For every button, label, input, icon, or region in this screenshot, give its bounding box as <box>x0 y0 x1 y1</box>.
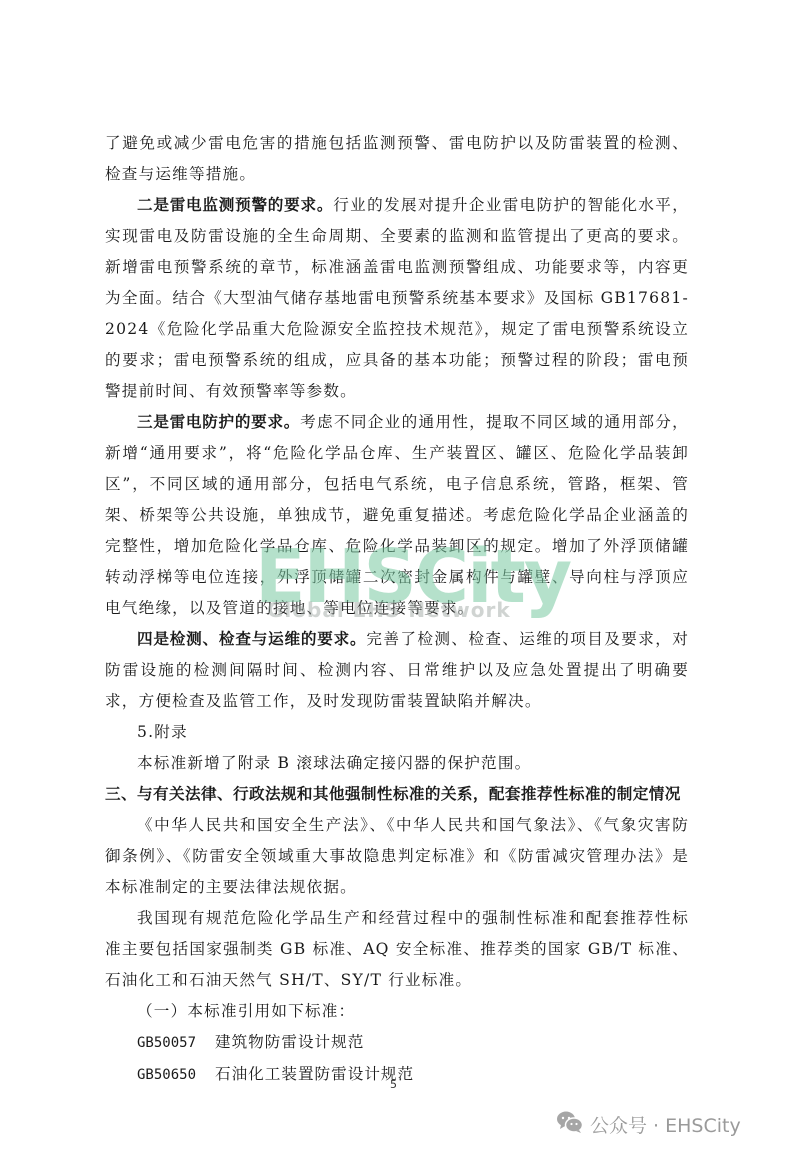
standard-code: GB50057 <box>137 1028 209 1059</box>
paragraph-laws: 《中华人民共和国安全生产法》、《中华人民共和国气象法》、《气象灾害防御条例》、《… <box>105 810 689 903</box>
paragraph-protection: 三是雷电防护的要求。考虑不同企业的通用性，提取不同区域的通用部分，新增“通用要求… <box>105 407 689 624</box>
paragraph-appendix: 本标准新增了附录 B 滚球法确定接闪器的保护范围。 <box>105 748 689 779</box>
footer-brand: 公众号 · EHSCity <box>556 1110 741 1139</box>
wechat-icon <box>556 1110 590 1139</box>
paragraph-existing-standards: 我国现有规范危险化学品生产和经营过程中的强制性标准和配套推荐性标准主要包括国家强… <box>105 903 689 996</box>
standard-name: 石油化工装置防雷设计规范 <box>215 1065 414 1083</box>
paragraph-monitoring-body: 行业的发展对提升企业雷电防护的智能化水平，实现雷电及防雷设施的全生命周期、全要素… <box>105 196 689 400</box>
paragraph-inspection-lead: 四是检测、检查与运维的要求。 <box>137 630 366 648</box>
paragraph-monitoring-lead: 二是雷电监测预警的要求。 <box>137 196 333 214</box>
paragraph-protection-lead: 三是雷电防护的要求。 <box>137 413 300 431</box>
standard-item: GB50057 建筑物防雷设计规范 <box>105 1027 689 1059</box>
paragraph-referenced-intro: （一）本标准引用如下标准： <box>105 996 689 1027</box>
standard-code: GB50650 <box>137 1060 209 1091</box>
paragraph-intro: 了避免或减少雷电危害的措施包括监测预警、雷电防护以及防雷装置的检测、检查与运维等… <box>105 128 689 190</box>
standard-item: GB50650 石油化工装置防雷设计规范 <box>105 1059 689 1091</box>
section-appendix-title: 5.附录 <box>105 717 689 748</box>
standard-name: 建筑物防雷设计规范 <box>215 1033 364 1051</box>
paragraph-monitoring: 二是雷电监测预警的要求。行业的发展对提升企业雷电防护的智能化水平，实现雷电及防雷… <box>105 190 689 407</box>
paragraph-inspection: 四是检测、检查与运维的要求。完善了检测、检查、运维的项目及要求，对防雷设施的检测… <box>105 624 689 717</box>
section-heading-3: 三、与有关法律、行政法规和其他强制性标准的关系，配套推荐性标准的制定情况 <box>105 779 689 810</box>
document-page: 了避免或减少雷电危害的措施包括监测预警、雷电防护以及防雷装置的检测、检查与运维等… <box>105 128 689 1091</box>
page-number: 5 <box>390 1078 397 1091</box>
footer-brand-label: 公众号 · EHSCity <box>590 1111 741 1138</box>
paragraph-protection-body: 考虑不同企业的通用性，提取不同区域的通用部分，新增“通用要求”，将“危险化学品仓… <box>105 413 689 617</box>
